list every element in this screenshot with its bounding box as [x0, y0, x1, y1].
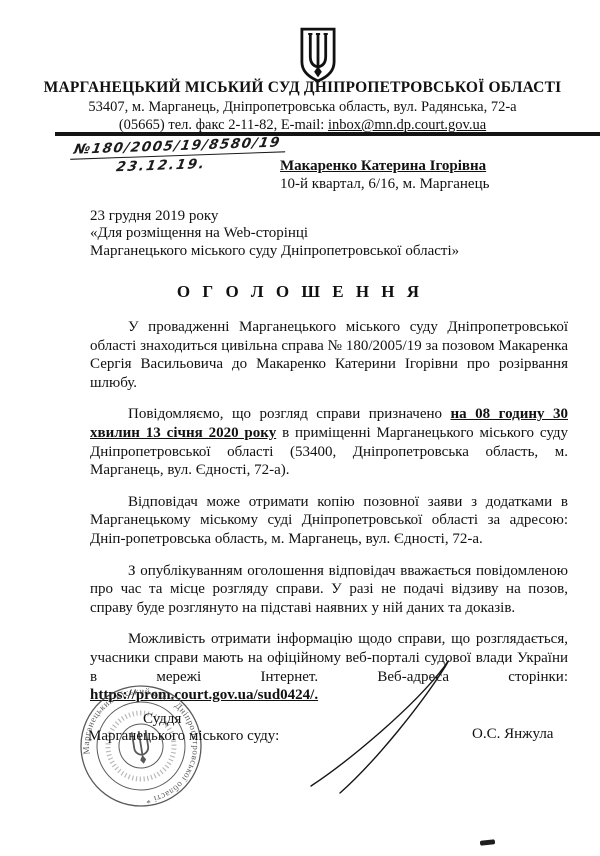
judge-name: О.С. Янжула	[472, 726, 553, 743]
court-name: МАРГАНЕЦЬКИЙ МІСЬКИЙ СУД ДНІПРОПЕТРОВСЬК…	[40, 79, 565, 97]
handwritten-date: 23.12.19.	[115, 156, 208, 175]
purpose-line-1: «Для розміщення на Web-сторінці	[90, 225, 459, 242]
recipient-block: Макаренко Катерина Ігорівна 10-й квартал…	[280, 157, 489, 193]
court-email-link[interactable]: inbox@mn.dp.court.gov.ua	[328, 117, 486, 133]
issue-date: 23 грудня 2019 року	[90, 208, 459, 225]
page-title: О Г О Л О Ш Е Н Н Я	[0, 282, 600, 302]
handwritten-case-ref: №180/2005/19/8580/19	[70, 134, 288, 160]
recipient-address: 10-й квартал, 6/16, м. Марганець	[280, 175, 489, 193]
scan-artifact-mark	[480, 839, 495, 846]
ukraine-trident-icon	[297, 27, 339, 83]
judge-signature	[294, 651, 470, 801]
paragraph-case-info: У провадженні Марганецького міського суд…	[90, 318, 568, 392]
letterhead-divider	[55, 132, 600, 136]
paragraph-notice-effect: З опублікуванням оголошення відповідач в…	[90, 562, 568, 618]
signer-role-line-1: Суддя	[143, 711, 181, 728]
signer-role-line-2: Марганецького міського суду:	[88, 728, 279, 745]
letterhead: МАРГАНЕЦЬКИЙ МІСЬКИЙ СУД ДНІПРОПЕТРОВСЬК…	[40, 79, 565, 134]
hearing-text-pre: Повідомляємо, що розгляд справи призначе…	[128, 406, 451, 422]
issue-block: 23 грудня 2019 року «Для розміщення на W…	[90, 208, 459, 260]
paragraph-hearing: Повідомляємо, що розгляд справи призначе…	[90, 405, 568, 479]
court-announcement-document: МАРГАНЕЦЬКИЙ МІСЬКИЙ СУД ДНІПРОПЕТРОВСЬК…	[0, 0, 600, 856]
handwritten-registration: №180/2005/19/8580/19 23.12.19.	[71, 134, 287, 176]
paragraph-copy-info: Відповідач може отримати копію позовної …	[90, 493, 568, 549]
court-address: 53407, м. Марганець, Дніпропетровська об…	[40, 99, 565, 116]
phone-fax: (05665) тел. факс 2-11-82, E-mail:	[119, 117, 328, 133]
purpose-line-2: Марганецького міського суду Дніпропетров…	[90, 243, 459, 260]
recipient-name: Макаренко Катерина Ігорівна	[280, 157, 489, 175]
court-seal-stamp: Марганецький міський суд * Дніпропетровс…	[67, 672, 216, 821]
